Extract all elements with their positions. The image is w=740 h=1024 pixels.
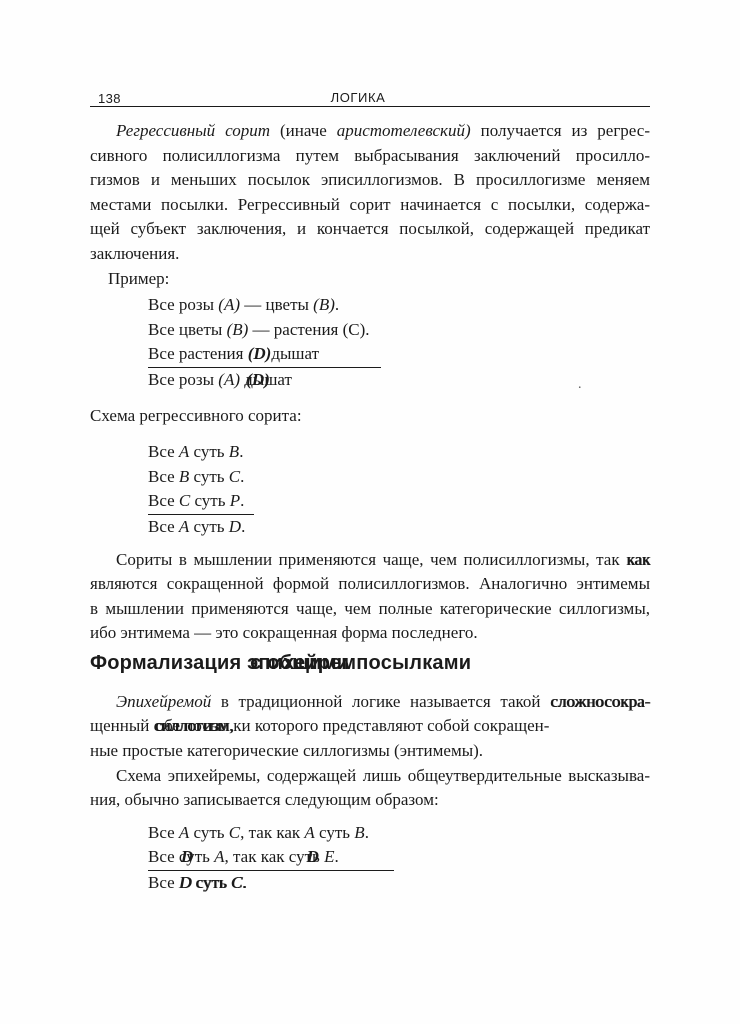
variable: D <box>229 517 241 536</box>
text-fragment: . <box>239 442 243 461</box>
variable-overprint: (D) <box>248 344 272 363</box>
variable: A <box>214 847 224 866</box>
text-fragment: дышат <box>271 344 319 363</box>
conclusion-line: Все розы (A) дышат(D). <box>148 368 650 393</box>
page-content: 138 ЛОГИКА Регрессивный сорит (иначе ари… <box>0 0 740 896</box>
example-label: Пример: <box>90 267 650 292</box>
variable: B <box>229 442 239 461</box>
overprint-artifact: тьD <box>305 845 320 870</box>
formula-line-underlined: Все C суть P. <box>148 489 650 515</box>
page-header: 138 ЛОГИКА <box>90 0 650 107</box>
premise-line-underlined: Все растения (D)дышат <box>148 342 650 368</box>
text-fragment: суть <box>191 873 231 892</box>
premise-line: Все розы (A) — цветы (B). <box>148 293 650 318</box>
text-fragment: . <box>365 823 369 842</box>
text-line: Эпихейремой в традиционной логике называ… <box>90 690 650 715</box>
variable: C <box>179 491 190 510</box>
text-fragment: , так как су <box>225 847 305 866</box>
variable-overprint: D <box>307 845 319 870</box>
underlined-formula: Все C суть P. <box>148 489 254 515</box>
text-line: в мышлении применяются чаще, чем полные … <box>90 597 650 622</box>
formula-line: Все D суть C. <box>148 871 650 896</box>
heading-fragment-overlay: с общими <box>250 650 349 676</box>
text-line: ния, обычно записывается следующим образ… <box>90 788 650 813</box>
epicheirema-scheme-block: Все A суть C, так как A суть B. Все суть… <box>148 821 650 896</box>
variable: C <box>229 467 240 486</box>
underlined-premise: Все растения (D)дышат <box>148 342 381 368</box>
text-fragment: суть <box>190 491 230 510</box>
text-fragment: Все <box>148 491 179 510</box>
text-fragment: суть <box>189 517 229 536</box>
variable: (A) <box>218 370 240 389</box>
text-line: ные простые категорические силлогизмы (э… <box>90 739 650 764</box>
variable: A <box>179 442 189 461</box>
formula-line: Все A суть B. <box>148 440 650 465</box>
running-title: ЛОГИКА <box>90 90 626 105</box>
variable: B <box>179 467 189 486</box>
underlined-formula: Все сутьD A, так как сутьD E. <box>148 845 394 871</box>
text-fragment: Все растения <box>148 344 248 363</box>
overprint-artifact: силлогизм,обе посыл <box>154 714 234 739</box>
section-heading: Формализация эпихейремс общимипосылками <box>90 650 650 676</box>
variable: D <box>179 873 191 892</box>
variable: (B) <box>313 295 335 314</box>
text-fragment: получается из регрес- <box>471 121 650 140</box>
text-fragment: , так как <box>240 823 304 842</box>
term-italic: Регрессивный сорит <box>116 121 270 140</box>
overprinted-word: сложносокра- <box>550 692 650 711</box>
scheme-title: Схема регрессивного сорита: <box>90 404 650 429</box>
text-fragment: суть <box>189 823 229 842</box>
text-line: местами посылки. Регрессивный сорит начи… <box>90 193 650 218</box>
text-fragment: в традиционной логике называется такой <box>211 692 550 711</box>
text-line: Схема эпихейремы, содержащей лишь общеут… <box>90 764 650 789</box>
variable-overprint: (D) <box>246 368 270 393</box>
text-fragment: (иначе <box>270 121 337 140</box>
formula-line: Все A суть D. <box>148 515 650 540</box>
variable: A <box>179 517 189 536</box>
text-fragment: щенный <box>90 716 154 735</box>
text-fragment: Все <box>148 823 179 842</box>
paragraph-epicheirema: Эпихейремой в традиционной логике называ… <box>90 690 650 764</box>
variable: (B) <box>227 320 249 339</box>
overprint-artifact: сутьD <box>179 845 210 870</box>
text-fragment: ки которого представляют собой сокращен- <box>233 716 549 735</box>
heading-fragment: Формализация <box>90 652 247 674</box>
variable-overprint: D <box>181 845 193 870</box>
paragraph-regressive-sorites: Регрессивный сорит (иначе аристотелевски… <box>90 119 650 291</box>
text-line: гизмов и меньших посылок эписиллогизмов.… <box>90 168 650 193</box>
text-fragment: — цветы <box>240 295 313 314</box>
text-fragment: суть <box>189 442 229 461</box>
term-italic: аристотелевский) <box>337 121 471 140</box>
variable: E <box>324 847 334 866</box>
text-fragment: . <box>240 491 244 510</box>
text-fragment: Все розы <box>148 295 218 314</box>
stray-period-mark: . <box>578 373 582 398</box>
variable: P <box>230 491 240 510</box>
text-fragment: . <box>242 873 246 892</box>
text-fragment: Сориты в мышлении применяются чаще, чем … <box>116 550 626 569</box>
variable: B <box>354 823 364 842</box>
variable: A <box>304 823 314 842</box>
text-line-overprinted: щенный силлогизм,обе посылки которого пр… <box>90 714 650 739</box>
text-fragment: Все <box>148 467 179 486</box>
text-fragment: Все <box>148 442 179 461</box>
term-italic: Эпихейремой <box>116 692 211 711</box>
heading-overprint-artifact: эпихейремс общими <box>247 650 356 676</box>
regressive-sorites-scheme: Все A суть B. Все B суть C. Все C суть P… <box>148 440 650 539</box>
formula-line-underlined: Все сутьD A, так как сутьD E. <box>148 845 650 871</box>
text-fragment: Все <box>148 847 179 866</box>
text-fragment: Все розы <box>148 370 218 389</box>
text-fragment: Все <box>148 873 179 892</box>
text-fragment: . <box>240 467 244 486</box>
text-fragment-overlay: обе посыл <box>156 714 230 739</box>
text-fragment: . <box>241 517 245 536</box>
paragraph-epicheirema-scheme: Схема эпихейремы, содержащей лишь общеут… <box>90 764 650 813</box>
text-fragment: . <box>334 847 338 866</box>
heading-fragment: посылками <box>356 652 471 674</box>
overprint-artifact: дышат(D) <box>244 368 292 393</box>
text-fragment: Все <box>148 517 179 536</box>
variable: (A) <box>218 295 240 314</box>
variable: C <box>229 823 240 842</box>
text-line: ибо энтимема — это сокращенная форма пос… <box>90 621 650 646</box>
text-line: являются сокращенной формой полисиллогиз… <box>90 572 650 597</box>
premise-line: Все цветы (B) — растения (C). <box>148 318 650 343</box>
text-line: сивного полисиллогизма путем выбрасывани… <box>90 144 650 169</box>
text-fragment: суть <box>189 467 229 486</box>
text-line: Сориты в мышлении применяются чаще, чем … <box>90 548 650 573</box>
text-fragment: . <box>335 295 339 314</box>
formula-line: Все A суть C, так как A суть B. <box>148 821 650 846</box>
text-fragment: суть <box>315 823 355 842</box>
text-line: Регрессивный сорит (иначе аристотелевски… <box>90 119 650 144</box>
book-page: 138 ЛОГИКА Регрессивный сорит (иначе ари… <box>0 0 740 1024</box>
text-line: щей субъект заключения, и кончается посы… <box>90 217 650 242</box>
paragraph-sorites-usage: Сориты в мышлении применяются чаще, чем … <box>90 548 650 646</box>
text-line: заключения. <box>90 242 650 267</box>
variable: C <box>231 873 242 892</box>
variable: A <box>179 823 189 842</box>
sorites-example-block: Все розы (A) — цветы (B). Все цветы (B) … <box>148 293 650 392</box>
overprinted-word: как <box>626 550 650 569</box>
text-fragment: — растения (C). <box>248 320 369 339</box>
formula-line: Все B суть C. <box>148 465 650 490</box>
text-fragment: Все цветы <box>148 320 227 339</box>
